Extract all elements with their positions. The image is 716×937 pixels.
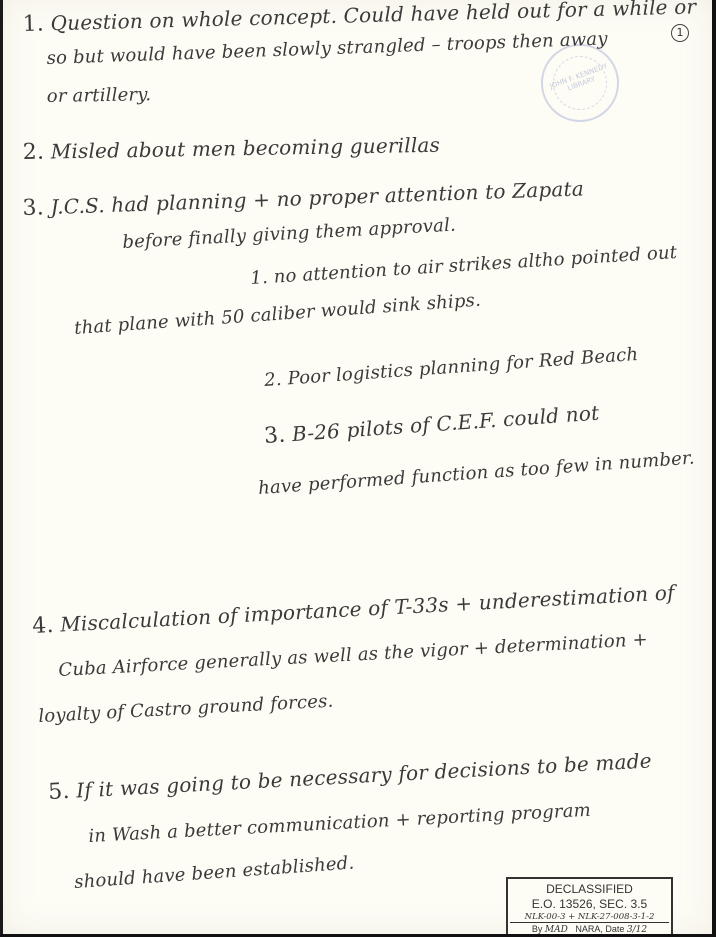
stamp-title: DECLASSIFIED [508,882,671,896]
archive-seal-stamp: JOHN F. KENNEDY LIBRARY [541,44,619,122]
subitem-3-3-line-2: have performed function as too few in nu… [258,448,696,499]
item-5-line-1: 5. If it was going to be necessary for d… [48,748,653,805]
stamp-case-numbers: NLK-00-3 + NLK-27-008-3-1-2 [510,912,669,923]
stamp-by-label: By [532,924,543,934]
item-1-number: 1. [22,11,44,37]
subitem-3-1-number: 1. [250,267,269,289]
item-1-line-2: so but would have been slowly strangled … [46,28,608,69]
stamp-authority: E.O. 13526, SEC. 3.5 [508,897,671,911]
item-5-line-2: in Wash a better communication + reporti… [88,800,591,847]
item-3-line-2: before finally giving them approval. [122,215,457,253]
stamp-agency-date-label: NARA, Date [575,924,624,934]
item-3-number: 3. [22,195,44,221]
scan-border-right [712,0,716,937]
seal-text: JOHN F. KENNEDY LIBRARY [542,60,617,100]
subitem-3-1-line-2: that plane with 50 caliber would sink sh… [74,290,482,339]
subitem-3-3-line-1: 3. B-26 pilots of C.E.F. could not [263,401,600,449]
subitem-3-1-line-1: 1. no attention to air strikes altho poi… [250,242,678,289]
item-4-line-2: Cuba Airforce generally as well as the v… [58,629,648,681]
declassification-stamp: DECLASSIFIED E.O. 13526, SEC. 3.5 NLK-00… [506,877,673,937]
item-4-number: 4. [32,613,55,639]
item-3-line-1: 3. J.C.S. had planning + no proper atten… [22,176,584,221]
document-page: 1 JOHN F. KENNEDY LIBRARY 1. Question on… [3,0,712,934]
page-number-circled: 1 [671,24,689,42]
subitem-3-3-number: 3. [263,423,286,449]
item-1-line-3: or artillery. [47,84,152,107]
item-2-number: 2. [23,140,45,165]
subitem-3-2-number: 2. [264,369,283,391]
item-4-line-1: 4. Miscalculation of importance of T-33s… [32,580,676,639]
item-5-line-3: should have been established. [74,852,355,893]
item-4-line-3: loyalty of Castro ground forces. [38,691,334,727]
subitem-3-2-line-1: 2. Poor logistics planning for Red Beach [264,344,639,391]
item-2-line-1: 2. Misled about men becoming guerillas [23,133,441,165]
item-5-number: 5. [48,779,71,805]
